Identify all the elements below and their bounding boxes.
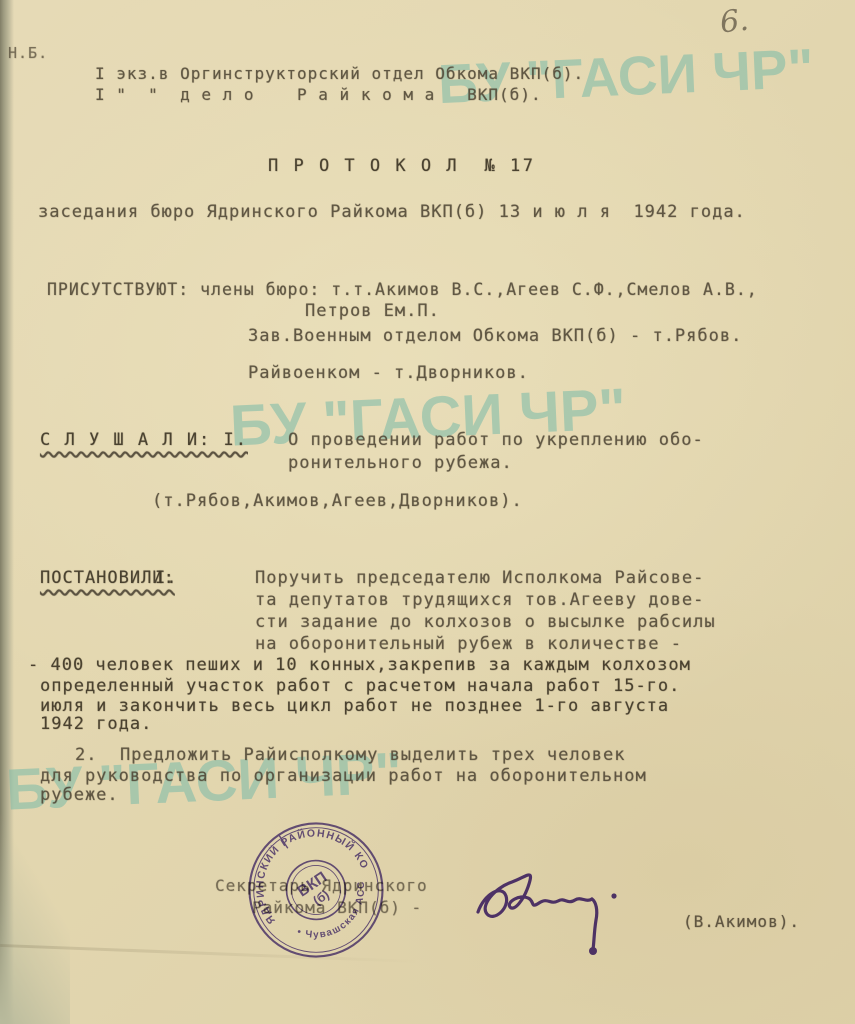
handwritten-signature bbox=[468, 852, 638, 967]
heard-text-line: ронительного рубежа. bbox=[288, 453, 513, 473]
heard-label: С Л У Ш А Л И: I. bbox=[40, 430, 248, 450]
resolved-item-number: I. bbox=[155, 568, 177, 588]
resolved-text-line: Поручить председателю Исполкома Райсове- bbox=[255, 568, 704, 588]
signatory-name: (В.Акимов). bbox=[683, 912, 800, 931]
page-number: 6. bbox=[718, 3, 750, 41]
heard-speakers: (т.Рябов,Акимов,Агеев,Дворников). bbox=[152, 491, 523, 511]
resolved-text-line: определенный участок работ с расчетом на… bbox=[40, 676, 680, 696]
resolved-item2-line: 2. Предложить Райисполкому выделить трех… bbox=[75, 745, 626, 765]
distribution-line: I экз.в Оргинструкторский отдел Обкома В… bbox=[95, 64, 584, 83]
resolved-text-line: на оборонительный рубеж в количестве - bbox=[255, 634, 682, 654]
scanned-document-page: БУ "ГАСИ ЧР" БУ "ГАСИ ЧР" БУ "ГАСИ ЧР" Н… bbox=[0, 0, 855, 1024]
attendees-line: Петров Ем.П. bbox=[305, 301, 440, 321]
resolved-item2-line: для руководства по организации работ на … bbox=[40, 766, 647, 786]
distribution-line: I " " д е л о Р а й к о м а ВКП(б). bbox=[95, 85, 542, 104]
attendees-line: ПРИСУТСТВУЮТ: члены бюро: т.т.Акимов В.С… bbox=[47, 280, 758, 299]
resolved-text-line: июля и закончить весь цикл работ не позд… bbox=[40, 696, 669, 716]
document-title: П Р О Т О К О Л № 17 bbox=[268, 156, 535, 176]
resolved-text-line: та депутатов трудящихся тов.Агееву дове- bbox=[255, 590, 704, 610]
archive-note: Н.Б. bbox=[8, 44, 48, 62]
resolved-item2-line: рубеже. bbox=[40, 785, 119, 805]
scan-corner-shade bbox=[0, 814, 70, 1024]
attendees-line: Зав.Военным отделом Обкома ВКП(б) - т.Ря… bbox=[248, 326, 742, 346]
attendees-line: Райвоенком - т.Дворников. bbox=[248, 363, 529, 383]
resolved-text-line: 1942 года. bbox=[40, 714, 152, 734]
heard-text-line: О проведении работ по укреплению обо- bbox=[288, 430, 704, 450]
resolved-text-line: - 400 человек пеших и 10 конных,закрепив… bbox=[28, 655, 691, 675]
document-subtitle: заседания бюро Ядринского Райкома ВКП(б)… bbox=[38, 202, 746, 222]
resolved-text-line: сти задание до колхозов о высылке рабсил… bbox=[255, 612, 716, 632]
